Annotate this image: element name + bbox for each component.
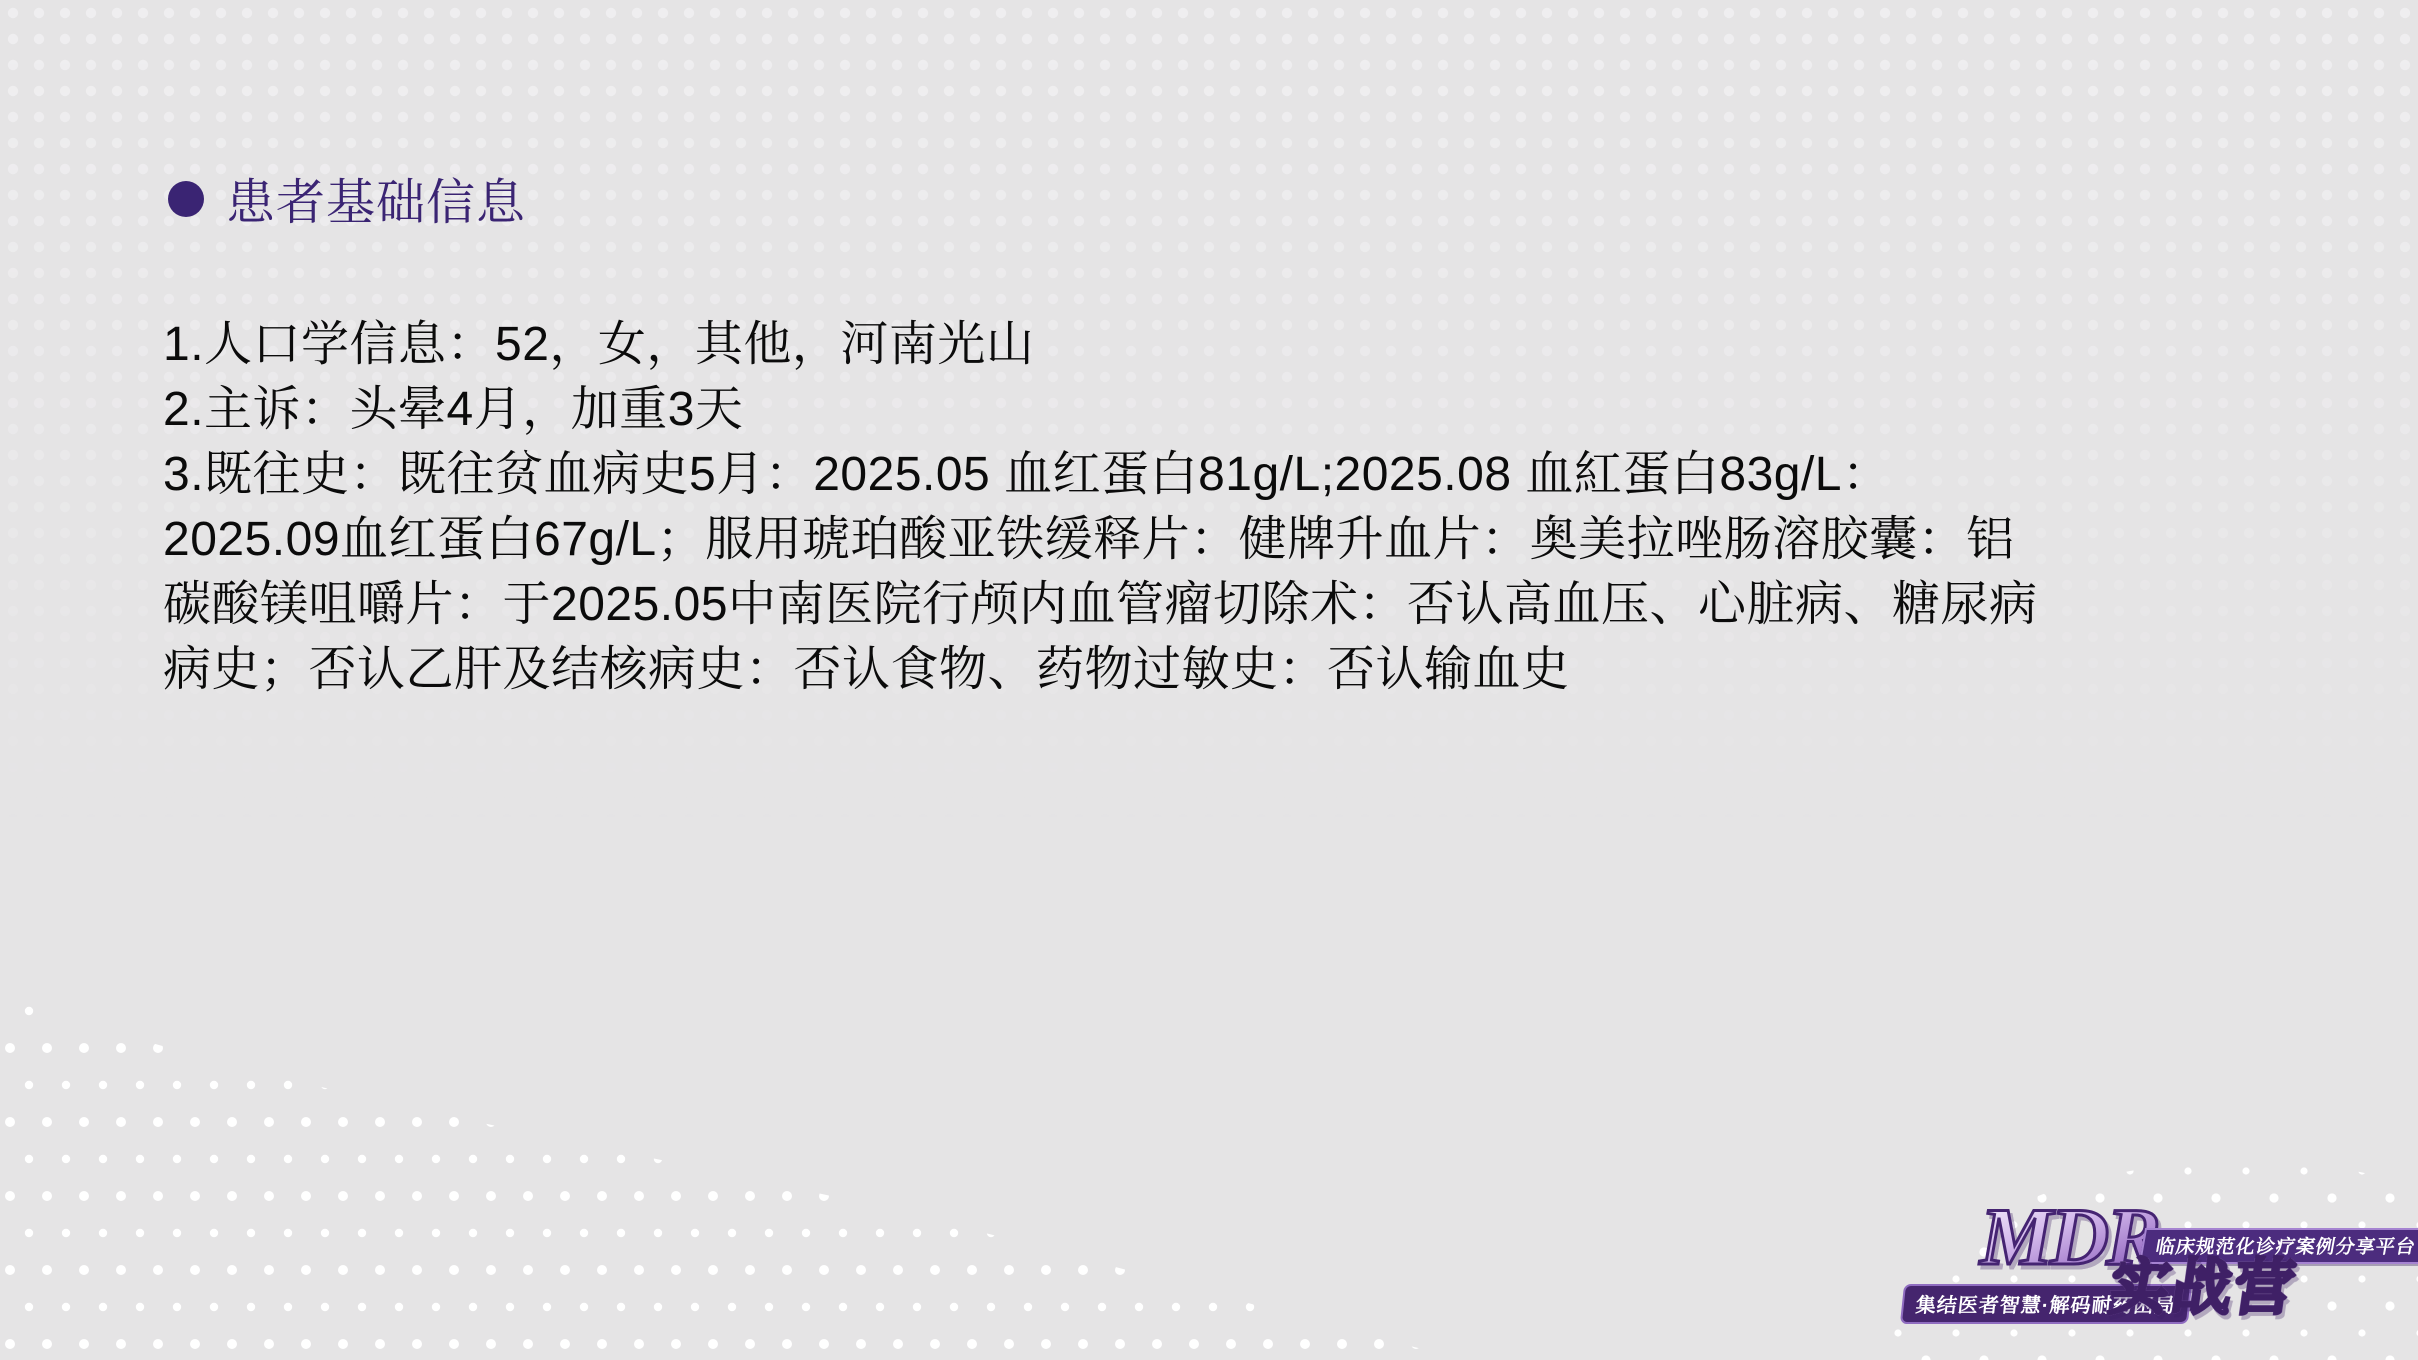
slide-title-row: 患者基础信息 <box>168 164 526 234</box>
patient-info-text-block: 1.人口学信息：52，女，其他，河南光山 2.主诉：头晕4月，加重3天 3.既往… <box>163 312 2343 702</box>
mdr-logo-subbrand-text: 实战营 <box>2106 1258 2300 1318</box>
body-line-history-1: 3.既往史：既往贫血病史5月：2025.05 血红蛋白81g/L;2025.08… <box>163 442 2343 507</box>
body-line-history-4: 病史；否认乙肝及结核病史：否认食物、药物过敏史：否认输血史 <box>163 637 2343 702</box>
slide-title: 患者基础信息 <box>226 164 526 234</box>
presentation-slide: 患者基础信息 1.人口学信息：52，女，其他，河南光山 2.主诉：头晕4月，加重… <box>0 0 2418 1360</box>
body-line-chief-complaint: 2.主诉：头晕4月，加重3天 <box>163 377 2343 442</box>
body-line-history-2: 2025.09血红蛋白67g/L；服用琥珀酸亚铁缓释片：健牌升血片：奥美拉唑肠溶… <box>163 507 2343 572</box>
body-line-demographics: 1.人口学信息：52，女，其他，河南光山 <box>163 312 2343 377</box>
body-line-history-3: 碳酸镁咀嚼片：于2025.05中南医院行颅内血管瘤切除术：否认高血压、心脏病、糖… <box>163 572 2343 637</box>
mdr-logo: MDR 临床规范化诊疗案例分享平台 集结医者智慧·解码耐药困局 实战营 <box>1880 1180 2418 1360</box>
title-bullet-icon <box>168 181 204 217</box>
